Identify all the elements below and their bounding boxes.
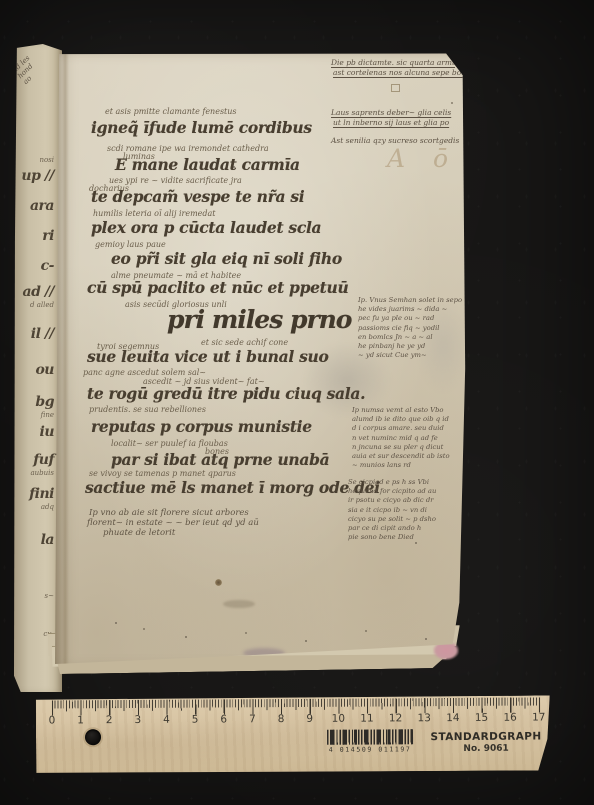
side-note-line: en bomlcs Jn ~ a ~ al [358,333,473,342]
page-fragment-text: il // [31,326,54,342]
speckles [115,622,117,624]
ruler-number: 10 [330,713,346,725]
manuscript-line: te rogū gredū itre pidu ciuq sala. [87,384,365,403]
manuscript-line: te depcam̃ vespe te nr̃a si [91,187,304,206]
side-note-line: alumd ib ie dito que oib q id [352,415,467,424]
margin-side-note-1: Ip. Vnus Semhan solet in sepohe vides ju… [358,296,473,360]
side-note-line: sia e it cicpo ib ~ vn di [348,506,463,515]
manuscript-line: ut ln inberno sij laus et glia po [333,118,449,127]
ruler-number: 4 [158,714,174,726]
small-box-mark [391,84,400,92]
ruler-numbers: 01234567891011121314151617 [44,711,547,726]
manuscript-line: cū spū paclito et nūc et ppetuū [87,278,348,297]
ruler-brand: STANDARDGRAPH [425,730,547,743]
manuscript-line: sue leuita vice ut i bunal suo [87,347,329,366]
left-page-edge: ud leshondao nosiup //araric-ad //d alle… [14,44,62,692]
side-note-line: ~ yd sicut Cue ym~ [358,351,473,360]
side-note-line: pie sono bene Died [348,533,463,542]
faded-smudge [223,600,255,608]
side-note-line: n vet numinc mid q ad fe [352,434,467,443]
manuscript-line: Die pb dictamte. sic quarta armt [331,58,455,67]
page-fragment-text: d alled [30,301,54,309]
side-note-line: pec fu ya ple ou ~ rad [358,314,473,323]
margin-side-note-2: Ip numsa vemt al esto Vboalumd ib ie dit… [352,406,467,470]
ruler-number: 13 [416,712,432,724]
page-fragment-text: up // [21,168,54,184]
side-note-line: n jncuna se su pler q dicut [352,443,467,452]
side-note-line: ~ munios lans rd [352,461,467,470]
manuscript-line: panc agne ascedut solem sal~ [83,368,206,377]
left-edge-fragments: nosiup //araric-ad //d alledil //oubgfin… [14,44,62,692]
manuscript-line: E mane laudat carmīa [115,155,300,174]
page-fragment-text: fini [29,486,54,502]
ruler-number: 12 [388,712,404,724]
manuscript-line: eo pr̃i sit gla eiq nī soli fiho [111,249,342,268]
ruler-number: 14 [445,712,461,724]
ruler-number: 5 [187,714,203,726]
page-fragment-text: la [41,532,54,548]
ruler-number: 7 [244,713,260,725]
side-note-line: Ip. Vnus Semhan solet in sepo [358,296,473,305]
side-note-line: auia et sur descendit ab isto [352,452,467,461]
ruler-number: 15 [473,712,489,724]
ruler-number: 16 [502,712,518,724]
ruler-number: 8 [273,713,289,725]
manuscript-line: humilis leteria oī alij iremedat [93,209,216,218]
manuscript-line: ast cortelenas nos alcuna sepe bonij [333,68,471,77]
ruler-number: 11 [359,713,375,725]
page-fragment-text: fine [41,411,54,419]
manuscript-line: florent~ in estate ~ ~ ber ieut qd yd aū [87,518,259,528]
side-note-line: par ce di cipit ando h [348,524,463,533]
ruler-number: 2 [101,714,117,726]
manuscript-line: Ip vno ab aie sit florere sicut arbores [89,508,249,518]
manuscript-line: phuate de letorit [103,528,175,538]
side-note-line: hequend for cicpito ad au [348,487,463,496]
page-fragment-text: ou [35,362,54,378]
manuscript-line: par si ibat atq prne unabā [111,450,329,469]
manuscript-line: et sic sede achif cone [201,338,288,347]
page-fragment-text: fuf [33,452,54,468]
page-fragment-text: adq [41,503,54,511]
manuscript-line: pri miles prno [167,305,352,334]
ruler-model-number: No. 9061 [437,744,535,755]
side-note-line: passioms cie fiq ~ yodil [358,324,473,333]
ruler-number: 0 [44,714,60,726]
side-note-line: ir psotu e cicyo ab dic dr [348,496,463,505]
barcode [327,729,413,745]
manuscript-line: Laus saprents deber~ glia celis [331,108,451,117]
margin-side-note-3: Se cicpiad e ps h ss Vbihequend for cicp… [348,478,463,542]
ruler-number: 3 [130,714,146,726]
barcode-digits: 4 014509 011197 [319,745,421,754]
page-fragment-text: bg [35,394,54,410]
manuscript-line: plex ora p cūcta laudet scla [91,218,321,237]
page-fragment-text: ri [42,228,54,244]
faint-letters: A ō [387,144,458,173]
manuscript-line: prudentis. se sua rebelliones [89,405,206,414]
manuscript-line: reputas p corpus munistie [91,417,312,436]
ruler-hole [85,729,101,745]
manuscript-page: et asis pmitte clamante fenestusigneq̃ ī… [55,48,471,664]
page-fragment-text: ara [30,198,54,214]
ruler: 01234567891011121314151617 4 014509 0111… [36,695,552,773]
manuscript-line: se vivoy se tamenas p manet qparus [89,469,236,478]
page-fragment-text: aubuis [30,469,54,477]
page-fragment-text: nosi [39,156,54,164]
side-note-line: he vides juarims ~ dida ~ [358,305,473,314]
manuscript-line: igneq̃ īfude lumē cordibus [91,118,312,137]
page-fragment-text: ad // [23,284,54,300]
ruler-number: 6 [216,713,232,725]
ruler-tick-strip [52,697,541,708]
manuscript-photo-scene: ud leshondao nosiup //araric-ad //d alle… [0,0,594,805]
side-note-line: Se cicpiad e ps h ss Vbi [348,478,463,487]
ruler-number: 1 [73,714,89,726]
page-fragment-text: iu [40,424,55,440]
ink-stain [215,579,222,586]
ruler-number: 9 [302,713,318,725]
ruler-number: 17 [531,711,547,723]
manuscript-line: gemioy laus paue [95,240,166,249]
side-note-line: d i corpus amare. seu duid [352,424,467,433]
side-note-line: he pinbanj he ye yd [358,342,473,351]
page-fragment-text: c- [41,258,54,274]
side-note-line: Ip numsa vemt al esto Vbo [352,406,467,415]
side-note-line: cicyo su pe solit ~ p dsho [348,515,463,524]
manuscript-line: et asis pmitte clamante fenestus [105,107,237,116]
manuscript-line: sactiue mē ls manet ī morg ode dei [85,478,380,497]
page-fragment-text: s~ [45,592,54,600]
